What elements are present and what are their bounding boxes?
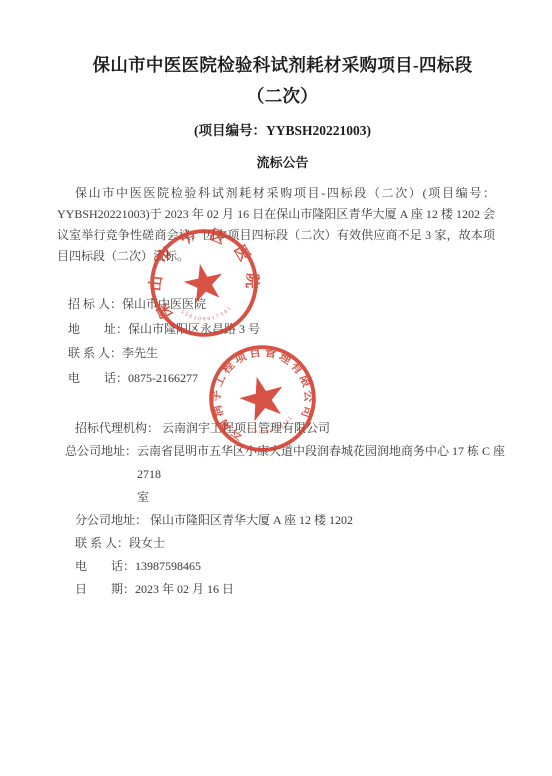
field-value: 云南润宇工程项目管理有限公司 bbox=[162, 417, 330, 440]
tenderer-row: 地 址： 保山市隆阳区永昌路 3 号 bbox=[68, 317, 508, 342]
tenderer-row: 电 话： 0875-2166277 bbox=[68, 366, 508, 391]
field-label: 招 标 人： bbox=[68, 292, 122, 317]
field-value: 2023 年 02 月 16 日 bbox=[135, 578, 234, 601]
field-label: 联 系 人： bbox=[75, 532, 129, 555]
field-value: 保山市中医医院 bbox=[122, 292, 206, 317]
agency-info-block: 招标代理机构： 云南润宇工程项目管理有限公司 总公司地址： 云南省昆明市五华区小… bbox=[65, 417, 508, 601]
agency-hq-address-row: 总公司地址： 云南省昆明市五华区小康大道中段润春城花园润地商务中心 17 栋 C… bbox=[65, 440, 508, 509]
agency-row: 招标代理机构： 云南润宇工程项目管理有限公司 bbox=[75, 417, 508, 440]
field-label: 电 话： bbox=[68, 366, 128, 391]
agency-row: 日 期： 2023 年 02 月 16 日 bbox=[75, 578, 508, 601]
announcement-page: 保山市中医医院检验科试剂耗材采购项目-四标段 （二次） (项目编号：YYBSH2… bbox=[0, 0, 552, 601]
hq-address-line2: 室 bbox=[137, 490, 149, 504]
field-value: 保山市隆阳区青华大厦 A 座 12 楼 1202 bbox=[150, 509, 353, 532]
field-value: 段女士 bbox=[129, 532, 165, 555]
field-label: 日 期： bbox=[75, 578, 135, 601]
field-value: 云南省昆明市五华区小康大道中段润春城花园润地商务中心 17 栋 C 座 2718… bbox=[137, 440, 508, 509]
document-title: 保山市中医医院检验科试剂耗材采购项目-四标段 （二次） bbox=[57, 50, 508, 112]
field-label: 联 系 人： bbox=[68, 341, 122, 366]
agency-branch-address-row: 分公司地址： 保山市隆阳区青华大厦 A 座 12 楼 1202 bbox=[75, 509, 508, 532]
agency-row: 电 话： 13987598465 bbox=[75, 555, 508, 578]
hq-address-line1: 云南省昆明市五华区小康大道中段润春城花园润地商务中心 17 栋 C 座 2718 bbox=[137, 444, 505, 481]
document-title-line2: （二次） bbox=[57, 81, 508, 112]
field-label: 电 话： bbox=[75, 555, 135, 578]
tenderer-row: 招 标 人： 保山市中医医院 bbox=[68, 292, 508, 317]
field-label: 分公司地址： bbox=[75, 509, 150, 532]
tenderer-info-block: 招 标 人： 保山市中医医院 地 址： 保山市隆阳区永昌路 3 号 联 系 人：… bbox=[68, 292, 508, 390]
project-number: (项目编号：YYBSH20221003) bbox=[57, 119, 508, 139]
field-label: 地 址： bbox=[68, 317, 128, 342]
field-label: 招标代理机构： bbox=[75, 417, 162, 440]
field-value: 13987598465 bbox=[135, 555, 201, 578]
notice-title: 流标公告 bbox=[57, 152, 508, 171]
agency-row: 联 系 人： 段女士 bbox=[75, 532, 508, 555]
document-title-line1: 保山市中医医院检验科试剂耗材采购项目-四标段 bbox=[57, 50, 508, 81]
body-paragraph: 保山市中医医院检验科试剂耗材采购项目-四标段（二次）(项目编号：YYBSH202… bbox=[57, 183, 495, 267]
field-value: 保山市隆阳区永昌路 3 号 bbox=[128, 317, 260, 342]
field-value: 0875-2166277 bbox=[128, 366, 198, 391]
field-label: 总公司地址： bbox=[65, 440, 137, 509]
field-value: 李先生 bbox=[122, 341, 158, 366]
tenderer-row: 联 系 人： 李先生 bbox=[68, 341, 508, 366]
